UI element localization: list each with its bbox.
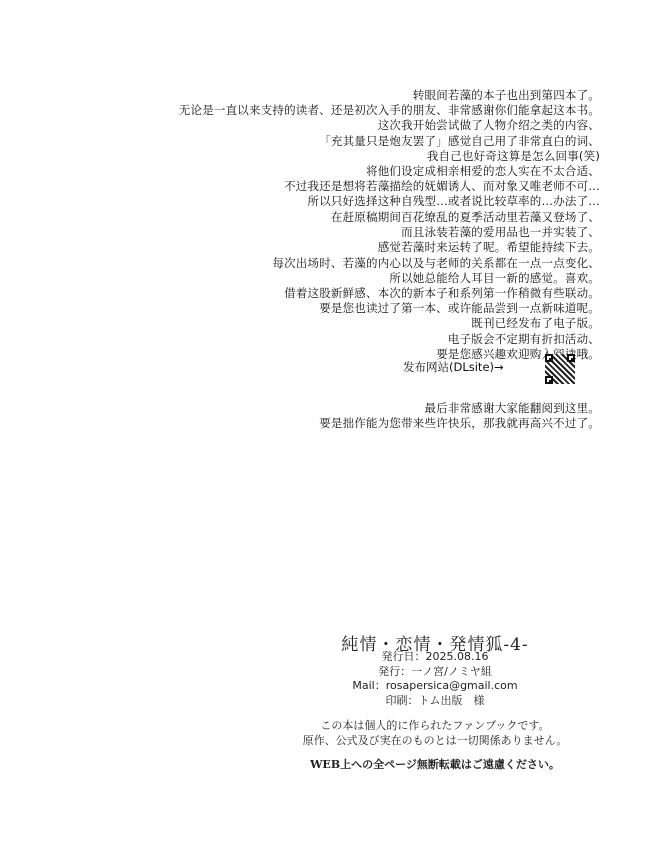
dlsite-label: 发布网站(DLsite)→ [403, 359, 504, 375]
notes-line: 既刊已经发布了电子版。 [272, 316, 600, 331]
afterword-text: 转眼间若藻的本子也出到第四本了。 无论是一直以来支持的读者、还是初次入手的朋友、… [179, 88, 600, 210]
closing-line: 要是拙作能为您带来些许快乐，那我就再高兴不过了。 [319, 416, 600, 431]
afterword-line: 不过我还是想将若藻描绘的妩媚诱人、而对象又唯老师不可… [179, 179, 600, 194]
disclaimer-line: 原作、公式及び実在のものとは一切関係ありません。 [110, 733, 650, 748]
notes-line: 要是您也读过了第一本、或许能品尝到一点新味道呢。 [272, 301, 600, 316]
printer: 印刷：トム出版 様 [110, 694, 650, 709]
publisher: 発行：一ノ宮/ノミヤ組 [110, 665, 650, 680]
notes-line: 电子版会不定期有折扣活动、 [272, 332, 600, 347]
notes-line: 借着这股新鲜感、本次的新本子和系列第一作稍微有些联动。 [272, 286, 600, 301]
notes-line: 每次出场时、若藻的内心以及与老师的关系都在一点一点变化、 [272, 256, 600, 271]
web-notice: WEB上への全ページ無断転載はご遠慮ください。 [110, 756, 650, 772]
notes-line: 在赶原稿期间百花缭乱的夏季活动里若藻又登场了、 [272, 210, 600, 225]
afterword-line: 所以只好选择这种自残型…或者说比较草率的…办法了… [179, 194, 600, 209]
afterword-line: 无论是一直以来支持的读者、还是初次入手的朋友、非常感谢你们能拿起这本书。 [179, 103, 600, 118]
notes-line: 而且泳装若藻的爱用品也一并实装了、 [272, 225, 600, 240]
afterword-line: 将他们设定成相亲相爱的恋人实在不太合适、 [179, 164, 600, 179]
afterword-line: 「充其量只是炮友罢了」感觉自己用了非常直白的词、 [179, 134, 600, 149]
notes-line: 感觉若藻时来运转了呢。希望能持续下去。 [272, 240, 600, 255]
qr-finder-icon [545, 376, 553, 384]
disclaimer: この本は個人的に作られたファンブックです。 原作、公式及び実在のものとは一切関係… [110, 718, 650, 748]
publish-date: 発行日：2025.08.16 [110, 650, 650, 665]
colophon-info: 発行日：2025.08.16 発行：一ノ宮/ノミヤ組 Mail：rosapers… [110, 650, 650, 708]
afterword-line: 我自己也好奇这算是怎么回事(笑) [179, 149, 600, 164]
closing-line: 最后非常感谢大家能翻阅到这里。 [319, 401, 600, 416]
afterword-line: 这次我开始尝试做了人物介绍之类的内容、 [179, 118, 600, 133]
notes-line: 所以她总能给人耳目一新的感觉。喜欢。 [272, 271, 600, 286]
contact-mail: Mail：rosapersica@gmail.com [110, 679, 650, 694]
qr-code-icon[interactable] [545, 354, 575, 384]
qr-finder-icon [545, 354, 553, 362]
afterword-line: 转眼间若藻的本子也出到第四本了。 [179, 88, 600, 103]
notes-text: 在赶原稿期间百花缭乱的夏季活动里若藻又登场了、 而且泳装若藻的爱用品也一并实装了… [272, 210, 600, 362]
closing-text: 最后非常感谢大家能翻阅到这里。 要是拙作能为您带来些许快乐，那我就再高兴不过了。 [319, 401, 600, 431]
qr-finder-icon [567, 354, 575, 362]
disclaimer-line: この本は個人的に作られたファンブックです。 [110, 718, 650, 733]
